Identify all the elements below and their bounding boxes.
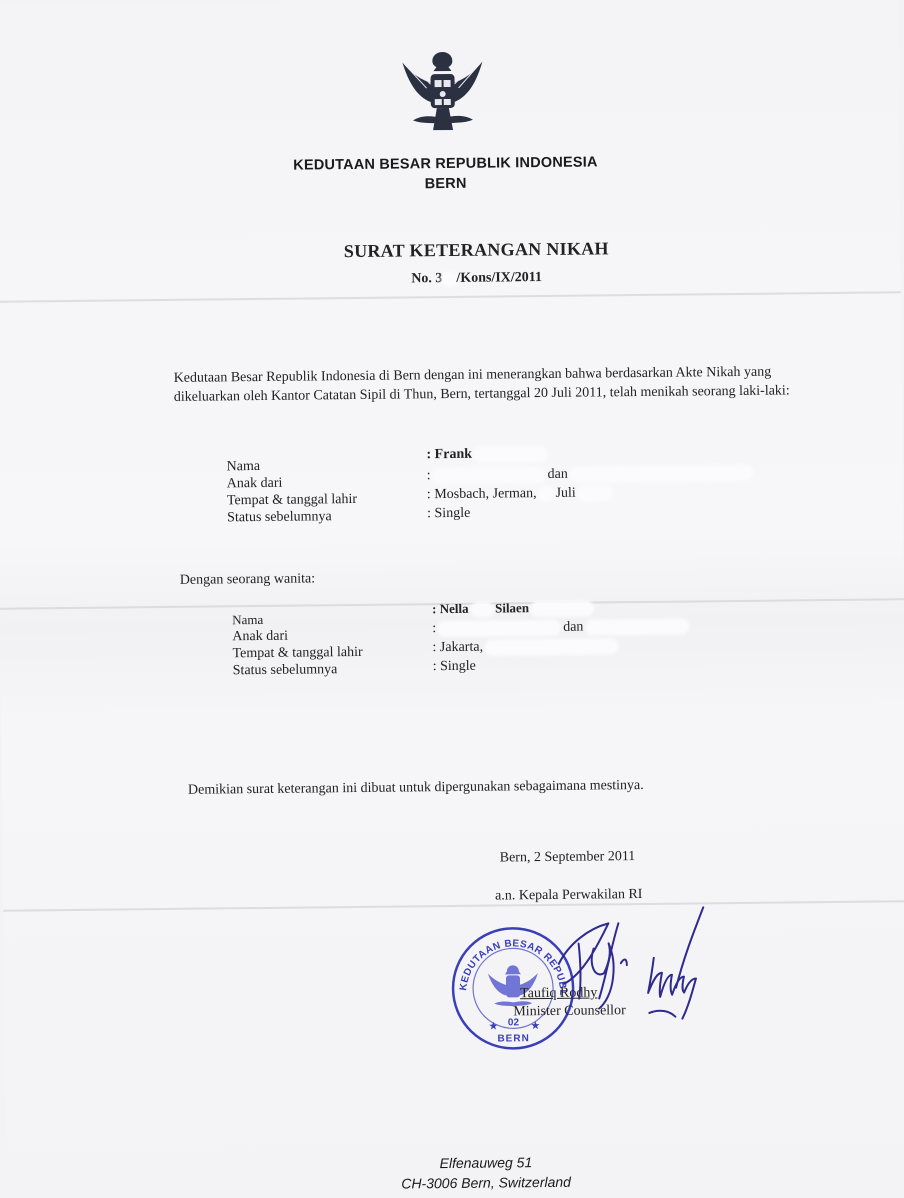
document-number-prefix: No. 3 bbox=[411, 271, 442, 286]
redaction bbox=[434, 469, 544, 482]
colon: : bbox=[427, 468, 435, 483]
field-label: Nama bbox=[232, 604, 432, 628]
closing-statement: Demikian surat keterangan ini dibuat unt… bbox=[188, 777, 768, 799]
field-label: Anak dari bbox=[227, 473, 427, 492]
bride-surname: Silaen bbox=[495, 600, 529, 615]
svg-text:★: ★ bbox=[530, 1020, 540, 1032]
document-number: No. 3/Kons/IX/2011 bbox=[327, 269, 627, 288]
bride-details: Nama : Nella Silaen Anak dari : dan Temp… bbox=[232, 602, 687, 680]
redaction bbox=[579, 487, 611, 499]
letter-page: KEDUTAAN BESAR REPUBLIK INDONESIA BERN S… bbox=[0, 0, 904, 1198]
redaction bbox=[442, 273, 456, 285]
field-label: Nama bbox=[226, 452, 426, 475]
conjunction: dan bbox=[548, 467, 568, 482]
place-date: Bern, 2 September 2011 bbox=[500, 849, 636, 866]
groom-name: : Frank bbox=[426, 447, 472, 462]
redaction bbox=[440, 622, 560, 635]
on-behalf-of: a.n. Kepala Perwakilan RI bbox=[495, 887, 643, 905]
field-value: : Jakarta, bbox=[432, 637, 616, 660]
redaction bbox=[587, 620, 687, 633]
institution-name: KEDUTAAN BESAR REPUBLIK INDONESIA bbox=[225, 154, 665, 175]
redaction bbox=[532, 603, 592, 616]
redaction bbox=[475, 448, 545, 461]
bride-intro: Dengan seorang wanita: bbox=[180, 571, 315, 588]
svg-text:BERN: BERN bbox=[497, 1033, 529, 1044]
footer-city: CH-3006 Bern, Switzerland bbox=[336, 1173, 636, 1192]
groom-details: Nama : Frank Anak dari : dan Tempat & ta… bbox=[226, 449, 751, 526]
field-label: Status sebelumnya bbox=[227, 507, 427, 526]
redaction bbox=[486, 640, 616, 653]
bride-row-status: Status sebelumnya : Single bbox=[233, 658, 688, 680]
field-label: Anak dari bbox=[232, 626, 432, 645]
field-value: : Mosbach, Jerman, Juli bbox=[427, 484, 612, 507]
fold-line bbox=[0, 291, 901, 302]
birth-place: : Mosbach, Jerman, bbox=[427, 486, 537, 502]
field-value: : Single bbox=[427, 505, 470, 524]
field-label: Tempat & tanggal lahir bbox=[232, 643, 432, 662]
field-label: Status sebelumnya bbox=[233, 660, 433, 679]
document-title: SURAT KETERANGAN NIKAH bbox=[296, 238, 656, 263]
field-value: : Single bbox=[433, 658, 476, 677]
garuda-emblem-icon bbox=[392, 42, 493, 143]
document-number-suffix: /Kons/IX/2011 bbox=[456, 270, 542, 286]
svg-text:★: ★ bbox=[488, 1021, 498, 1033]
intro-paragraph: Kedutaan Besar Republik Indonesia di Ber… bbox=[174, 362, 794, 406]
conjunction: dan bbox=[563, 620, 583, 635]
redaction bbox=[571, 467, 751, 481]
fold-line bbox=[3, 900, 904, 911]
institution-city: BERN bbox=[226, 174, 666, 195]
footer-street: Elfenauweg 51 bbox=[336, 1153, 636, 1172]
birth-month: Juli bbox=[555, 486, 575, 501]
colon: : bbox=[432, 621, 440, 636]
redaction bbox=[540, 488, 552, 500]
birth-place: : Jakarta, bbox=[432, 640, 483, 656]
field-label: Tempat & tanggal lahir bbox=[227, 490, 427, 509]
handwritten-signature-icon bbox=[548, 902, 719, 1034]
bride-first-name: : Nella bbox=[432, 601, 469, 616]
redaction bbox=[472, 604, 492, 616]
